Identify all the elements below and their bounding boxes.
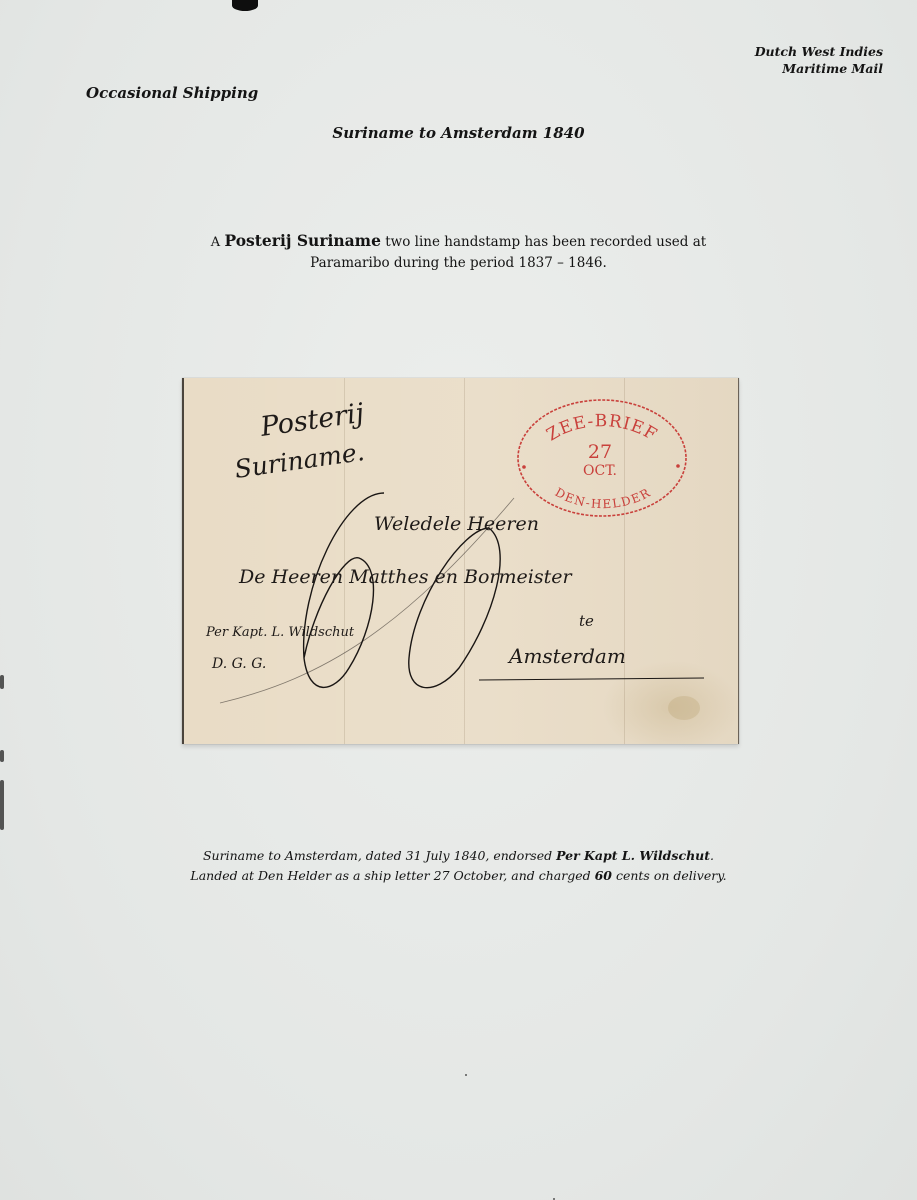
caption-line1-bold: Per Kapt L. Wildschut [556,848,710,863]
edge-mark [0,750,4,762]
posterij-suriname-handstamp: Posterij Suriname. [233,398,366,484]
address-block: Weledele Heeren De Heeren Matthes en Bor… [238,513,704,680]
postmark-day: 27 [588,441,612,463]
caption-line1-end: . [710,848,714,863]
charge-mark-value: 60 [184,378,186,379]
intro-lead: A [211,235,220,250]
intro-line1-rest: two line handstamp has been recorded use… [381,234,706,250]
intro-line-1: A Posterij Suriname two line handstamp h… [0,230,917,253]
caption-line-2: Landed at Den Helder as a ship letter 27… [0,866,917,886]
cover-markings: Posterij Suriname. ZEE-BRIEF DEN-HELDER … [184,378,738,744]
address-line-2: De Heeren Matthes en Bormeister [238,566,573,588]
endorsement: Per Kapt. L. Wildschut D. G. G. [205,625,355,672]
collection-header: Dutch West Indies Maritime Mail [755,43,883,77]
page-title: Suriname to Amsterdam 1840 [0,124,917,142]
address-line-3: te [579,612,594,630]
edge-mark [0,675,4,689]
caption-line1-text: Suriname to Amsterdam, dated 31 July 184… [203,848,556,863]
ink-blot [232,0,258,11]
handstamp-line-2: Suriname. [233,437,366,484]
address-line-4: Amsterdam [507,644,626,668]
collection-title-line1: Dutch West Indies [755,43,883,60]
postal-cover: Posterij Suriname. ZEE-BRIEF DEN-HELDER … [182,378,739,744]
edge-mark [0,780,4,830]
speck [465,1074,467,1076]
section-title: Occasional Shipping [86,84,258,102]
intro-paragraph: A Posterij Suriname two line handstamp h… [0,230,917,274]
caption-line2-end: cents on delivery. [612,868,727,883]
endorsement-line-2: D. G. G. [211,656,266,672]
zee-brief-postmark: ZEE-BRIEF DEN-HELDER 27 OCT. [518,400,686,516]
stain [668,696,700,720]
postmark-month: OCT. [583,463,617,479]
caption-line-1: Suriname to Amsterdam, dated 31 July 184… [0,846,917,866]
endorsement-line-1: Per Kapt. L. Wildschut [205,625,355,640]
intro-highlight: Posterij Suriname [224,231,380,250]
address-line-1: Weledele Heeren [374,513,539,535]
collection-title-line2: Maritime Mail [755,60,883,77]
caption-line2-bold: 60 [595,868,612,883]
svg-text:DEN-HELDER: DEN-HELDER [553,485,654,511]
handstamp-line-1: Posterij [258,398,366,443]
postmark-bottom-arc: DEN-HELDER [553,485,654,511]
intro-line-2: Paramaribo during the period 1837 – 1846… [0,253,917,274]
cover-caption: Suriname to Amsterdam, dated 31 July 184… [0,846,917,886]
caption-line2-text: Landed at Den Helder as a ship letter 27… [190,868,594,883]
